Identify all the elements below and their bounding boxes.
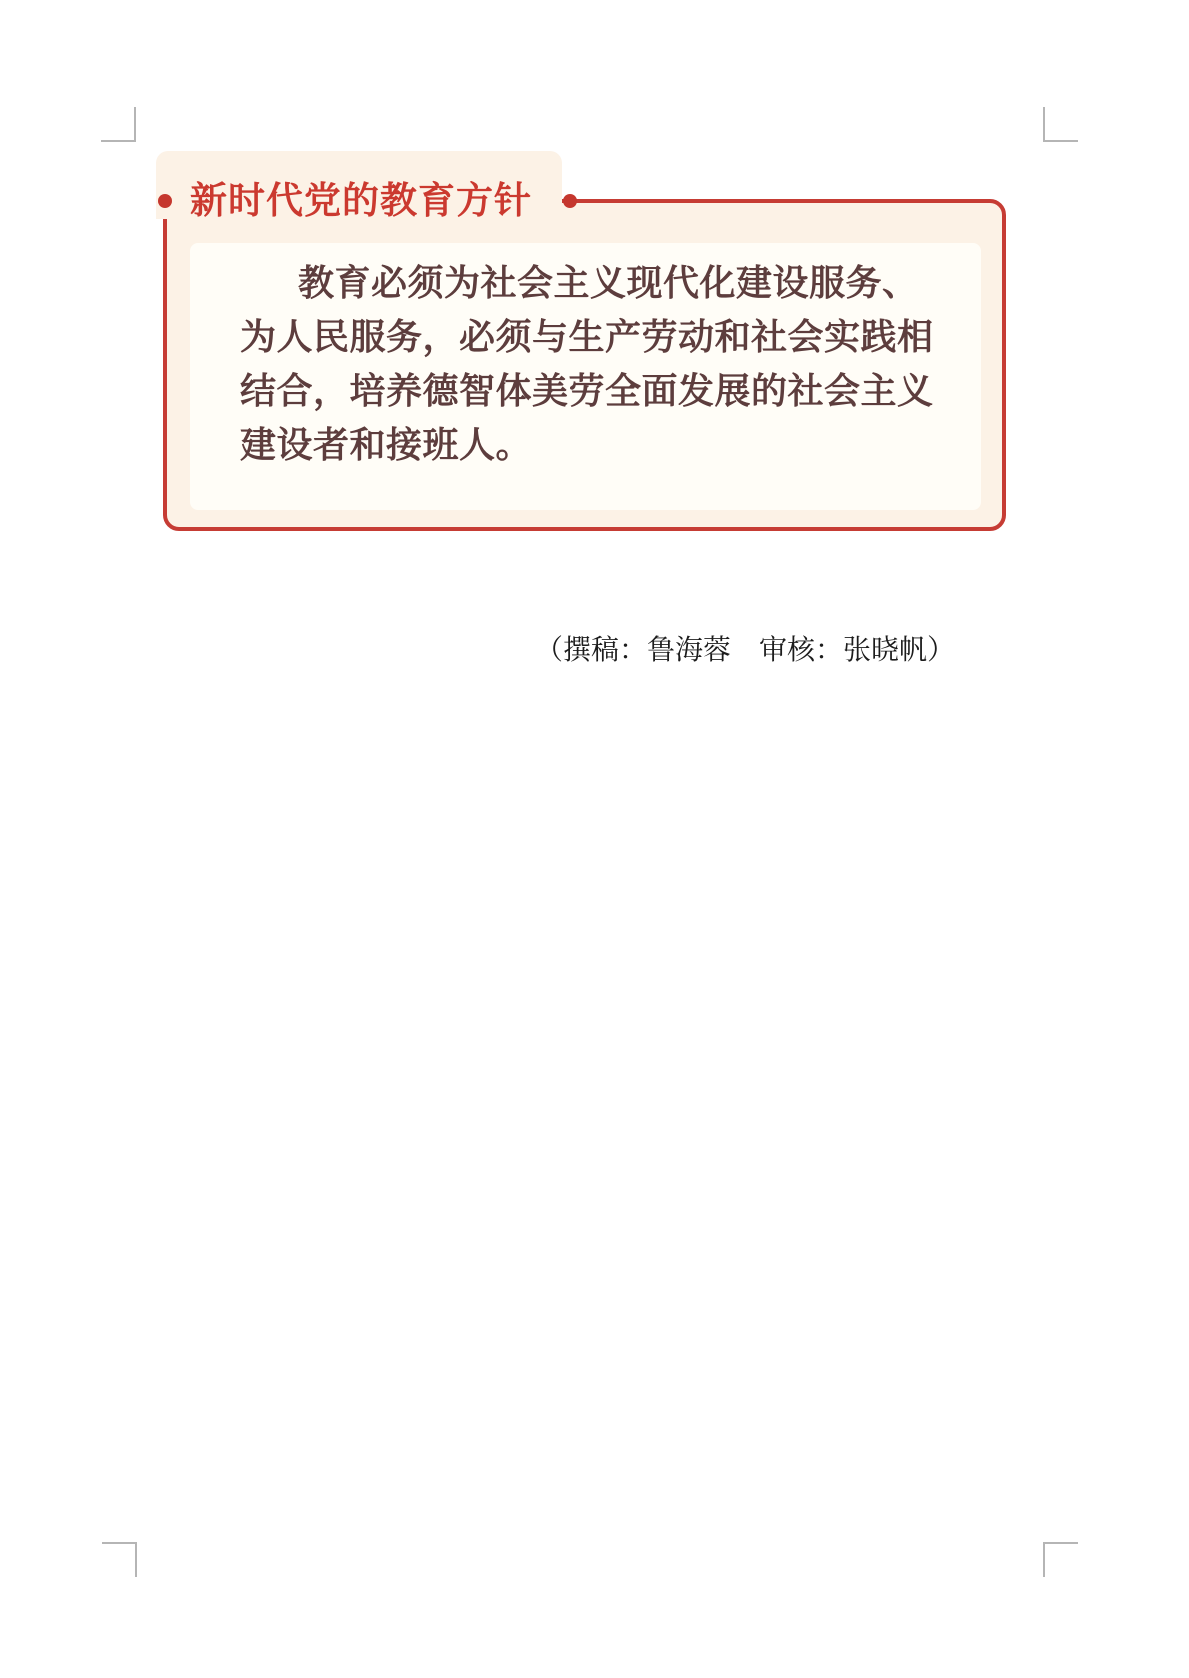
- policy-text-line: 教育必须为社会主义现代化建设服务、: [240, 256, 952, 310]
- policy-text-line: 为人民服务，必须与生产劳动和社会实践相: [240, 310, 952, 364]
- policy-text-line: 结合，培养德智体美劳全面发展的社会主义: [240, 364, 952, 418]
- policy-box-title: 新时代党的教育方针: [190, 180, 532, 222]
- margin-corner-mark-top-left: [101, 107, 136, 142]
- bullet-dot-icon: [158, 194, 172, 208]
- attribution-line: （撰稿：鲁海蓉 审核：张晓帆）: [535, 634, 955, 668]
- margin-corner-mark-top-right: [1043, 107, 1078, 142]
- margin-corner-mark-bottom-right: [1043, 1542, 1078, 1577]
- policy-text-line: 建设者和接班人。: [240, 418, 952, 472]
- margin-corner-mark-bottom-left: [102, 1542, 137, 1577]
- policy-text: 教育必须为社会主义现代化建设服务、 为人民服务，必须与生产劳动和社会实践相 结合…: [240, 256, 952, 472]
- document-page: 新时代党的教育方针 教育必须为社会主义现代化建设服务、 为人民服务，必须与生产劳…: [0, 0, 1189, 1678]
- line-dot-icon: [563, 194, 577, 208]
